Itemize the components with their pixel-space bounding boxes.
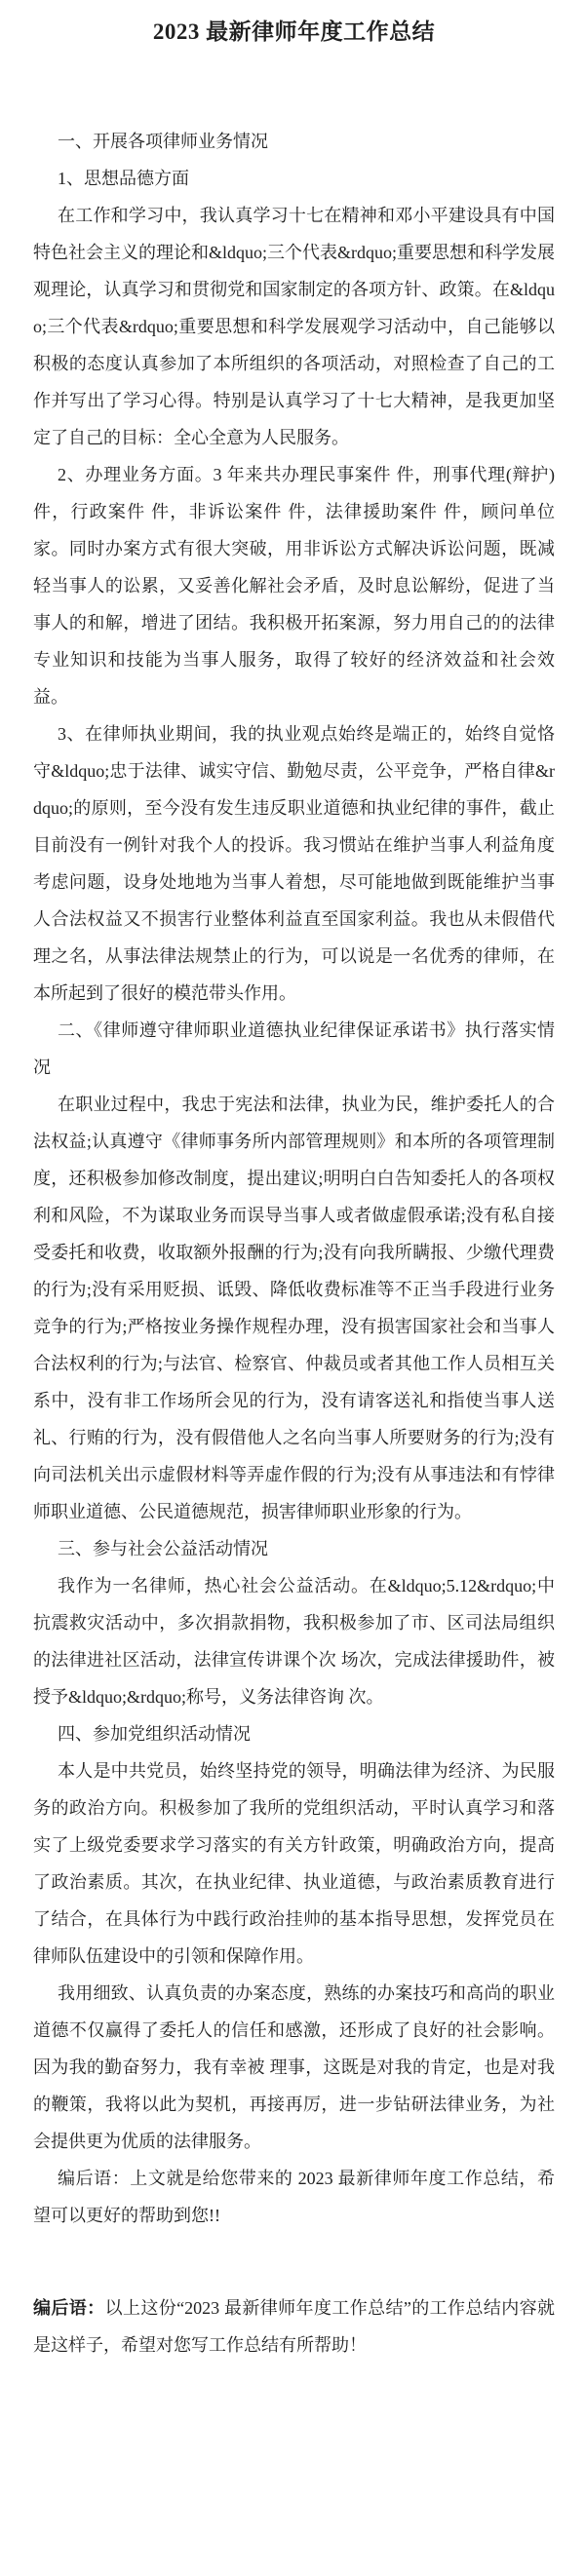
- paragraph-public-welfare: 我作为一名律师，热心社会公益活动。在&ldquo;5.12&rdquo;中抗震救…: [33, 1567, 555, 1715]
- paragraph-case-handling: 2、办理业务方面。3 年来共办理民事案件 件，刑事代理(辩护) 件，行政案件 件…: [33, 456, 555, 715]
- postscript-text: 以上这份“2023 最新律师年度工作总结”的工作总结内容就是这样子，希望对您写工…: [33, 2298, 555, 2355]
- postscript-paragraph: 编后语：以上这份“2023 最新律师年度工作总结”的工作总结内容就是这样子，希望…: [33, 2289, 555, 2364]
- paragraph-commitment-implementation: 在职业过程中，我忠于宪法和法律，执业为民，维护委托人的合法权益;认真遵守《律师事…: [33, 1086, 555, 1530]
- paragraph-practice-discipline: 3、在律师执业期间，我的执业观点始终是端正的，始终自觉恪守&ldquo;忠于法律…: [33, 715, 555, 1012]
- paragraph-editor-note-inline: 编后语：上文就是给您带来的 2023 最新律师年度工作总结，希望可以更好的帮助到…: [33, 2160, 555, 2234]
- section-heading-3: 三、参与社会公益活动情况: [33, 1530, 555, 1567]
- subsection-heading-1-1: 1、思想品德方面: [33, 160, 555, 197]
- paragraph-work-attitude: 我用细致、认真负责的办案态度，熟练的办案技巧和高尚的职业道德不仅赢得了委托人的信…: [33, 1975, 555, 2160]
- document-page: 2023 最新律师年度工作总结 一、开展各项律师业务情况 1、思想品德方面 在工…: [0, 0, 585, 2576]
- section-heading-1: 一、开展各项律师业务情况: [33, 123, 555, 160]
- section-heading-2: 二、《律师遵守律师职业道德执业纪律保证承诺书》执行落实情况: [33, 1012, 555, 1086]
- paragraph-party-activities: 本人是中共党员，始终坚持党的领导，明确法律为经济、为民服务的政治方向。积极参加了…: [33, 1752, 555, 1975]
- paragraph-thought-morality: 在工作和学习中，我认真学习十七在精神和邓小平建设具有中国特色社会主义的理论和&l…: [33, 197, 555, 456]
- section-heading-4: 四、参加党组织活动情况: [33, 1715, 555, 1752]
- postscript-label: 编后语：: [33, 2298, 105, 2318]
- document-title: 2023 最新律师年度工作总结: [33, 16, 555, 49]
